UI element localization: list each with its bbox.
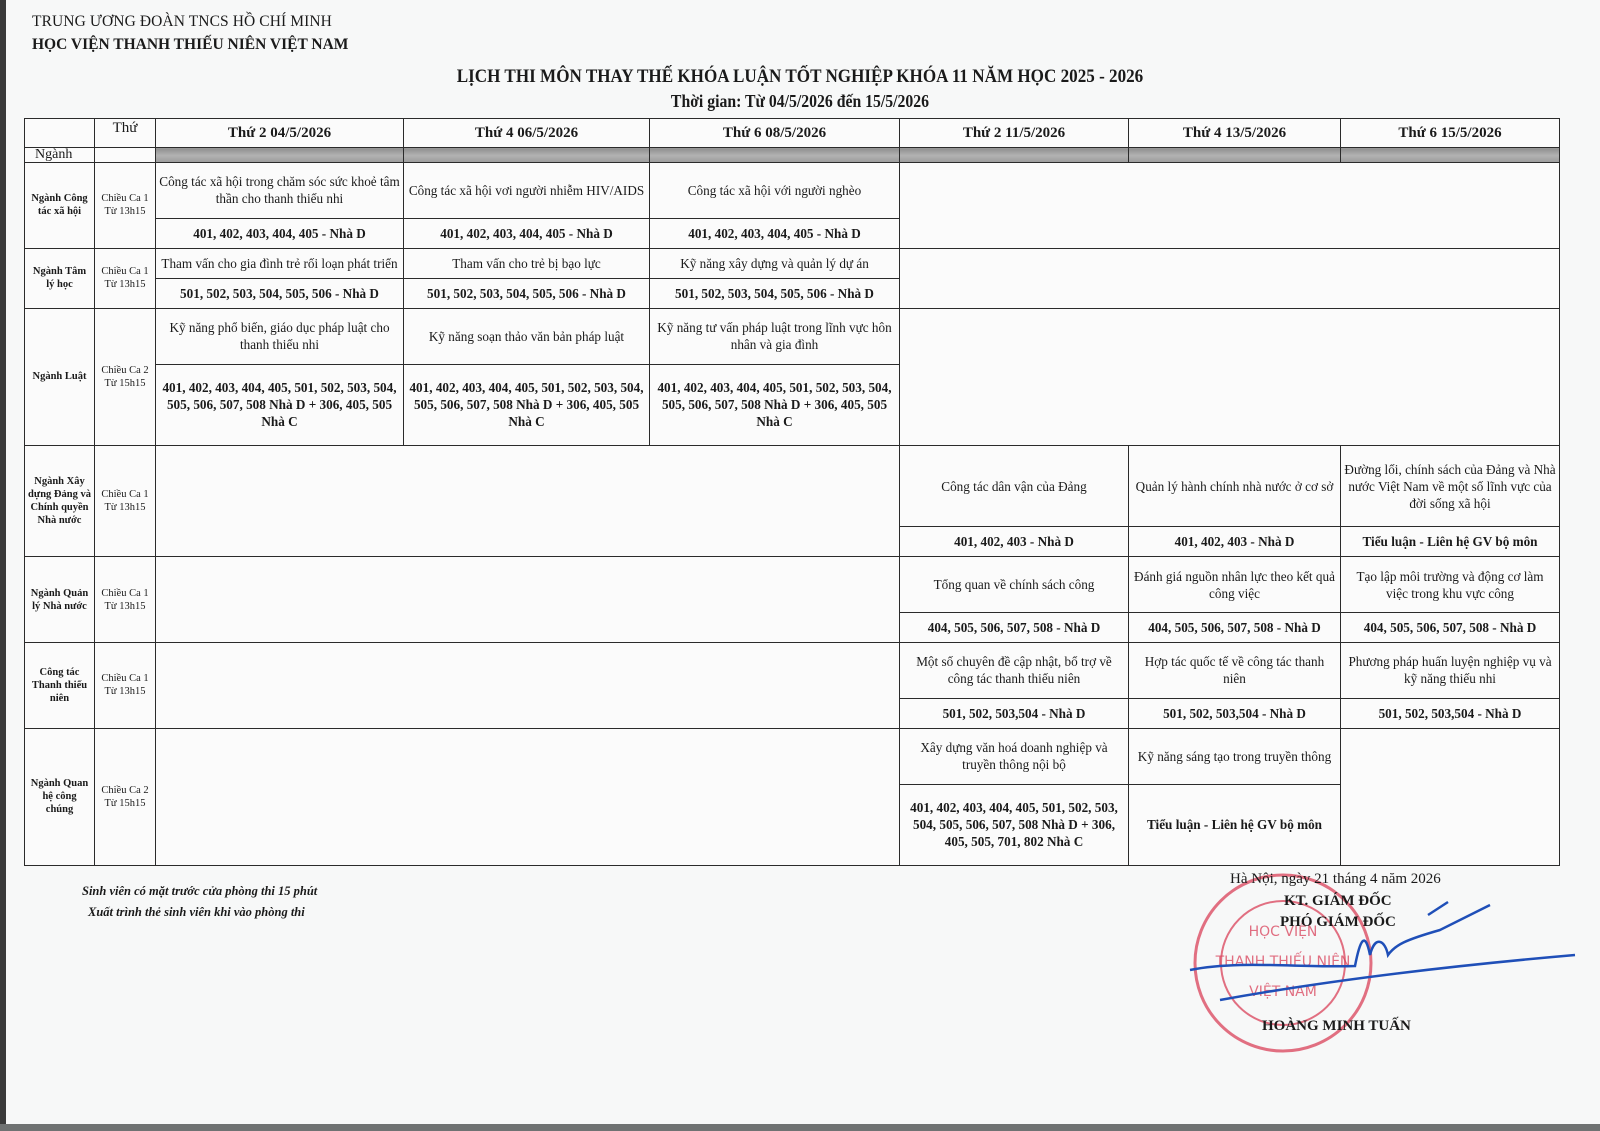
empty-slot	[1341, 728, 1560, 865]
table-row-subjects: Ngành Tâm lý họcChiều Ca 1 Từ 13h15Tham …	[25, 248, 1560, 278]
room-cell: 501, 502, 503, 504, 505, 506 - Nhà D	[404, 278, 650, 308]
major-name: Ngành Luật	[25, 308, 95, 445]
exam-session: Chiều Ca 1 Từ 13h15	[95, 643, 156, 729]
subject-cell: Đường lối, chính sách của Đảng và Nhà nư…	[1341, 445, 1560, 526]
date-header: Thứ 6 08/5/2026	[650, 119, 900, 148]
subject-cell: Tham vấn cho gia đình trẻ rối loạn phát …	[156, 248, 404, 278]
room-cell: 401, 402, 403, 404, 405, 501, 502, 503, …	[404, 364, 650, 445]
subject-cell: Quản lý hành chính nhà nước ở cơ sở	[1129, 445, 1341, 526]
date-header: Thứ 4 13/5/2026	[1129, 119, 1341, 148]
exam-session: Chiều Ca 1 Từ 13h15	[95, 248, 156, 308]
schedule-body: Ngành Công tác xã hộiChiều Ca 1 Từ 13h15…	[25, 163, 1560, 866]
major-name: Ngành Quan hệ công chúng	[25, 728, 95, 865]
document-title: LỊCH THI MÔN THAY THẾ KHÓA LUẬN TỐT NGHI…	[80, 66, 1520, 88]
major-name: Ngành Xây dựng Đảng và Chính quyền Nhà n…	[25, 445, 95, 556]
note-student-card: Xuất trình thẻ sinh viên khi vào phòng t…	[88, 905, 305, 920]
subject-cell: Công tác dân vận của Đảng	[900, 445, 1129, 526]
room-cell: 501, 502, 503,504 - Nhà D	[900, 698, 1129, 728]
room-cell: Tiểu luận - Liên hệ GV bộ môn	[1341, 527, 1560, 557]
empty-slot	[156, 557, 900, 643]
subject-cell: Công tác xã hội trong chăm sóc sức khoẻ …	[156, 163, 404, 219]
grey-band	[650, 148, 900, 163]
room-cell: 501, 502, 503, 504, 505, 506 - Nhà D	[650, 278, 900, 308]
major-name: Ngành Quản lý Nhà nước	[25, 557, 95, 643]
room-cell: 501, 502, 503,504 - Nhà D	[1341, 698, 1560, 728]
subject-cell: Một số chuyên đề cập nhật, bổ trợ về côn…	[900, 643, 1129, 699]
room-cell: 401, 402, 403, 404, 405, 501, 502, 503, …	[900, 784, 1129, 865]
room-cell: 404, 505, 506, 507, 508 - Nhà D	[1341, 613, 1560, 643]
room-cell: 401, 402, 403, 404, 405 - Nhà D	[650, 218, 900, 248]
table-row-subjects: Ngành Công tác xã hộiChiều Ca 1 Từ 13h15…	[25, 163, 1560, 219]
subject-cell: Kỹ năng soạn thảo văn bản pháp luật	[404, 308, 650, 364]
empty-slot	[900, 248, 1560, 308]
date-header: Thứ 6 15/5/2026	[1341, 119, 1560, 148]
corner-blank	[95, 148, 156, 163]
table-row-subjects: Ngành Quan hệ công chúngChiều Ca 2 Từ 15…	[25, 728, 1560, 784]
grey-band	[900, 148, 1129, 163]
subject-cell: Xây dựng văn hoá doanh nghiệp và truyền …	[900, 728, 1129, 784]
room-cell: 401, 402, 403 - Nhà D	[1129, 527, 1341, 557]
empty-slot	[156, 728, 900, 865]
table-row-subjects: Ngành Quản lý Nhà nướcChiều Ca 1 Từ 13h1…	[25, 557, 1560, 613]
subject-cell: Đánh giá nguồn nhân lực theo kết quả côn…	[1129, 557, 1341, 613]
document-subtitle: Thời gian: Từ 04/5/2026 đến 15/5/2026	[80, 91, 1520, 112]
grey-band	[1129, 148, 1341, 163]
empty-slot	[900, 163, 1560, 249]
room-cell: 501, 502, 503, 504, 505, 506 - Nhà D	[156, 278, 404, 308]
room-cell: 404, 505, 506, 507, 508 - Nhà D	[1129, 613, 1341, 643]
subject-cell: Kỹ năng phổ biến, giáo dục pháp luật cho…	[156, 308, 404, 364]
subject-cell: Tổng quan về chính sách công	[900, 557, 1129, 613]
room-cell: Tiểu luận - Liên hệ GV bộ môn	[1129, 784, 1341, 865]
signatory-name: HOÀNG MINH TUẤN	[1262, 1018, 1411, 1035]
room-cell: 401, 402, 403, 404, 405 - Nhà D	[404, 218, 650, 248]
room-cell: 401, 402, 403, 404, 405 - Nhà D	[156, 218, 404, 248]
empty-slot	[900, 308, 1560, 445]
note-arrival: Sinh viên có mặt trước cửa phòng thi 15 …	[82, 884, 317, 899]
grey-band	[1341, 148, 1560, 163]
exam-session: Chiều Ca 1 Từ 13h15	[95, 445, 156, 556]
subject-cell: Công tác xã hội với người nghèo	[650, 163, 900, 219]
scan-bottom-edge	[0, 1124, 1600, 1131]
major-name: Công tác Thanh thiếu niên	[25, 643, 95, 729]
subject-cell: Công tác xã hội vơi người nhiễm HIV/AIDS	[404, 163, 650, 219]
subject-cell: Kỹ năng sáng tạo trong truyền thông	[1129, 728, 1341, 784]
signature-date: Hà Nội, ngày 21 tháng 4 năm 2026	[1230, 871, 1441, 888]
org-line-1: TRUNG ƯƠNG ĐOÀN TNCS HỒ CHÍ MINH	[32, 13, 332, 31]
corner-nganh-label: Ngành	[25, 148, 95, 163]
date-header: Thứ 4 06/5/2026	[404, 119, 650, 148]
subject-cell: Tham vấn cho trẻ bị bạo lực	[404, 248, 650, 278]
date-header: Thứ 2 11/5/2026	[900, 119, 1129, 148]
exam-session: Chiều Ca 2 Từ 15h15	[95, 308, 156, 445]
room-cell: 401, 402, 403, 404, 405, 501, 502, 503, …	[650, 364, 900, 445]
exam-session: Chiều Ca 2 Từ 15h15	[95, 728, 156, 865]
empty-slot	[156, 445, 900, 556]
subject-cell: Tạo lập môi trường và động cơ làm việc t…	[1341, 557, 1560, 613]
scan-left-edge	[0, 0, 6, 1131]
subject-cell: Hợp tác quốc tế về công tác thanh niên	[1129, 643, 1341, 699]
room-cell: 401, 402, 403, 404, 405, 501, 502, 503, …	[156, 364, 404, 445]
empty-slot	[156, 643, 900, 729]
major-name: Ngành Công tác xã hội	[25, 163, 95, 249]
handwritten-signature-icon	[1180, 900, 1580, 1020]
subject-cell: Kỹ năng tư vấn pháp luật trong lĩnh vực …	[650, 308, 900, 364]
room-cell: 501, 502, 503,504 - Nhà D	[1129, 698, 1341, 728]
grey-band	[404, 148, 650, 163]
subject-cell: Kỹ năng xây dựng và quản lý dự án	[650, 248, 900, 278]
table-row-subjects: Ngành LuậtChiều Ca 2 Từ 15h15Kỹ năng phổ…	[25, 308, 1560, 364]
date-header: Thứ 2 04/5/2026	[156, 119, 404, 148]
corner-cell-blank	[25, 119, 95, 148]
table-row-subjects: Công tác Thanh thiếu niênChiều Ca 1 Từ 1…	[25, 643, 1560, 699]
table-row-subjects: Ngành Xây dựng Đảng và Chính quyền Nhà n…	[25, 445, 1560, 526]
room-cell: 401, 402, 403 - Nhà D	[900, 527, 1129, 557]
corner-thu-label: Thứ	[95, 119, 156, 148]
exam-session: Chiều Ca 1 Từ 13h15	[95, 557, 156, 643]
subject-cell: Phương pháp huấn luyện nghiệp vụ và kỹ n…	[1341, 643, 1560, 699]
org-line-2: HỌC VIỆN THANH THIẾU NIÊN VIỆT NAM	[32, 36, 348, 54]
major-name: Ngành Tâm lý học	[25, 248, 95, 308]
exam-schedule-table: Thứ Thứ 2 04/5/2026 Thứ 4 06/5/2026 Thứ …	[24, 118, 1560, 866]
room-cell: 404, 505, 506, 507, 508 - Nhà D	[900, 613, 1129, 643]
grey-band	[156, 148, 404, 163]
exam-session: Chiều Ca 1 Từ 13h15	[95, 163, 156, 249]
